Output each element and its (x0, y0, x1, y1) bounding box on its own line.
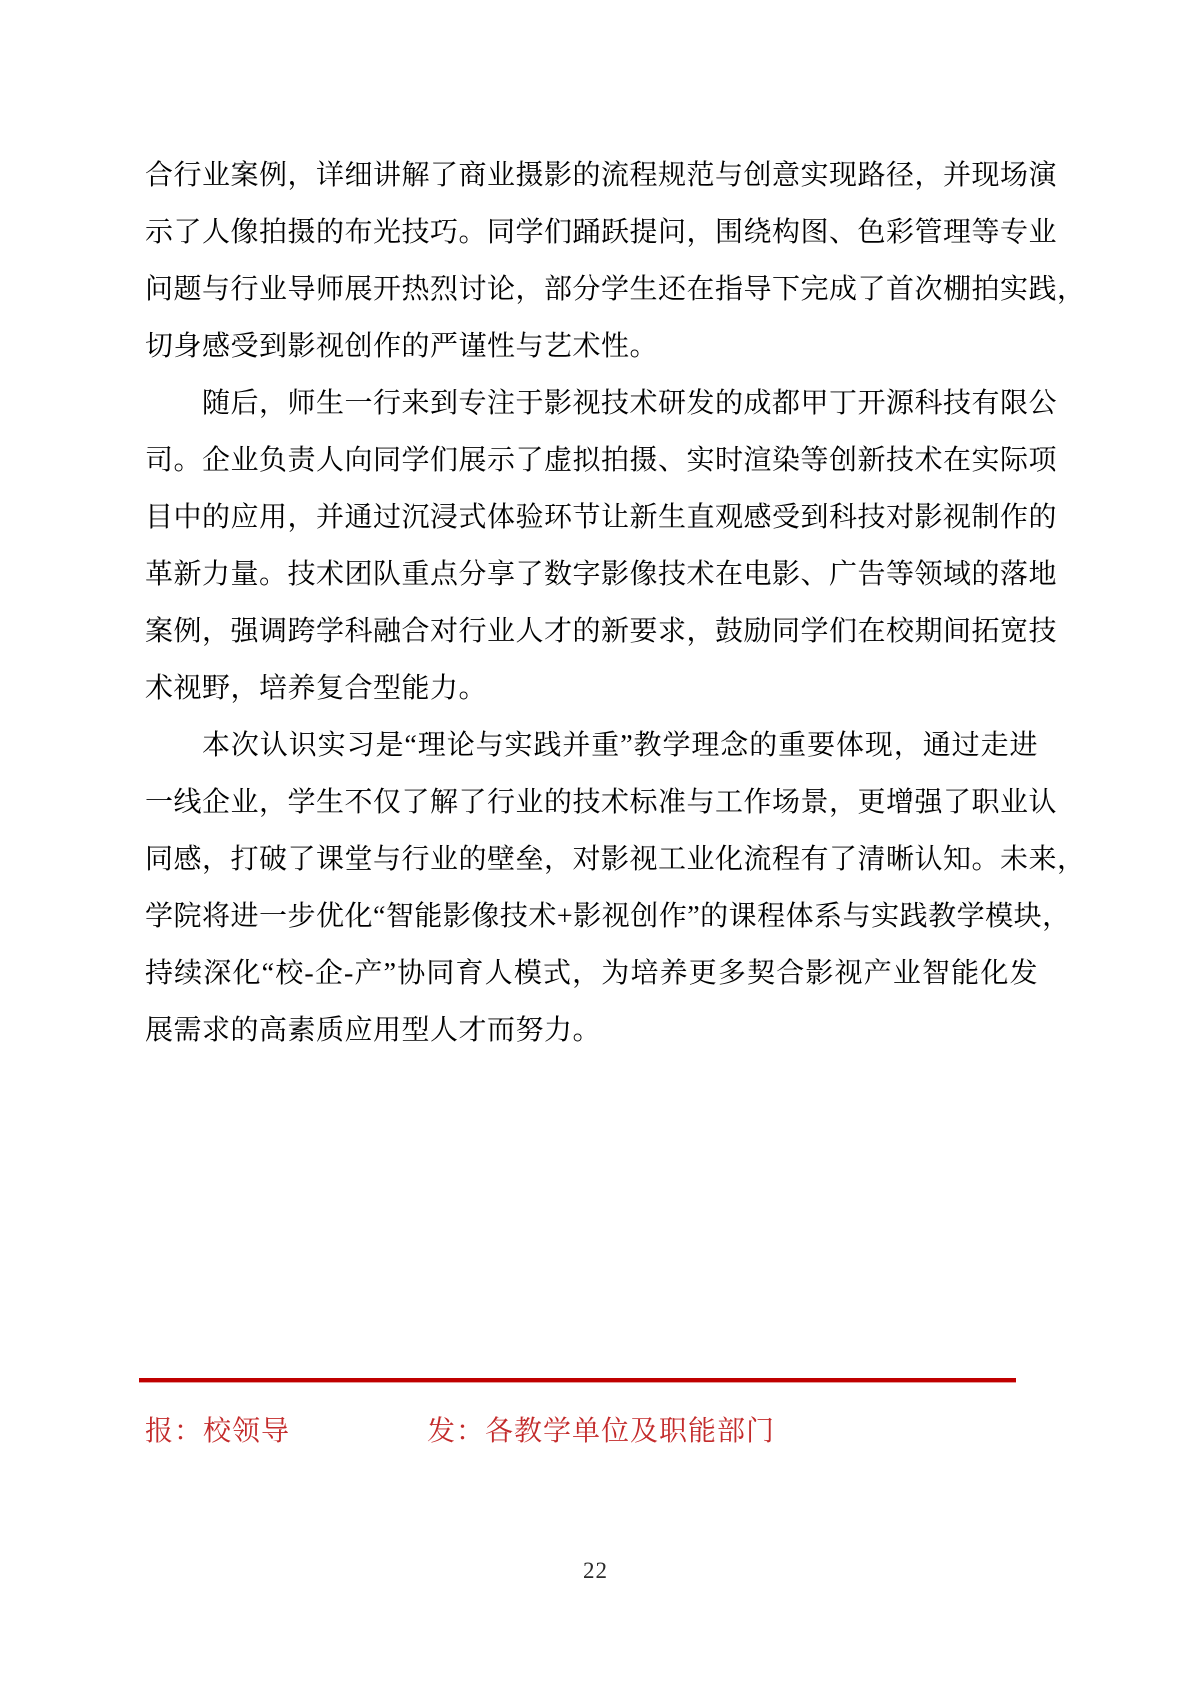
text-line: 问题与行业导师展开热烈讨论，部分学生还在指导下完成了首次棚拍实践， (145, 261, 1038, 318)
document-page: 合行业案例，详细讲解了商业摄影的流程规范与创意实现路径，并现场演示了人像拍摄的布… (0, 0, 1191, 1684)
paragraph: 本次认识实习是“理论与实践并重”教学理念的重要体现，通过走进一线企业，学生不仅了… (145, 717, 1038, 1059)
text-line: 案例，强调跨学科融合对行业人才的新要求，鼓励同学们在校期间拓宽技 (145, 603, 1038, 660)
text-line: 合行业案例，详细讲解了商业摄影的流程规范与创意实现路径，并现场演 (145, 147, 1038, 204)
footer-rule (139, 1378, 1016, 1383)
page-number: 22 (0, 1558, 1191, 1584)
text-line: 学院将进一步优化“智能影像技术+影视创作”的课程体系与实践教学模块， (145, 888, 1038, 945)
distribution-row: 报：校领导 发：各教学单位及职能部门 (145, 1414, 1038, 1454)
text-line: 一线企业，学生不仅了解了行业的技术标准与工作场景，更增强了职业认 (145, 774, 1038, 831)
text-line: 切身感受到影视创作的严谨性与艺术性。 (145, 318, 1038, 375)
text-line: 目中的应用，并通过沉浸式体验环节让新生直观感受到科技对影视制作的 (145, 489, 1038, 546)
paragraph: 合行业案例，详细讲解了商业摄影的流程规范与创意实现路径，并现场演示了人像拍摄的布… (145, 147, 1038, 375)
text-line: 随后，师生一行来到专注于影视技术研发的成都甲丁开源科技有限公 (145, 375, 1038, 432)
text-line: 持续深化“校-企-产”协同育人模式，为培养更多契合影视产业智能化发 (145, 945, 1038, 1002)
text-line: 展需求的高素质应用型人才而努力。 (145, 1002, 1038, 1059)
text-line: 革新力量。技术团队重点分享了数字影像技术在电影、广告等领域的落地 (145, 546, 1038, 603)
text-line: 示了人像拍摄的布光技巧。同学们踊跃提问，围绕构图、色彩管理等专业 (145, 204, 1038, 261)
distribute-to-label: 发：各教学单位及职能部门 (427, 1414, 775, 1450)
body-text: 合行业案例，详细讲解了商业摄影的流程规范与创意实现路径，并现场演示了人像拍摄的布… (145, 147, 1038, 1059)
text-line: 司。企业负责人向同学们展示了虚拟拍摄、实时渲染等创新技术在实际项 (145, 432, 1038, 489)
text-line: 术视野，培养复合型能力。 (145, 660, 1038, 717)
paragraph: 随后，师生一行来到专注于影视技术研发的成都甲丁开源科技有限公司。企业负责人向同学… (145, 375, 1038, 717)
text-line: 本次认识实习是“理论与实践并重”教学理念的重要体现，通过走进 (145, 717, 1038, 774)
report-to-label: 报：校领导 (145, 1414, 290, 1450)
text-line: 同感，打破了课堂与行业的壁垒，对影视工业化流程有了清晰认知。未来， (145, 831, 1038, 888)
